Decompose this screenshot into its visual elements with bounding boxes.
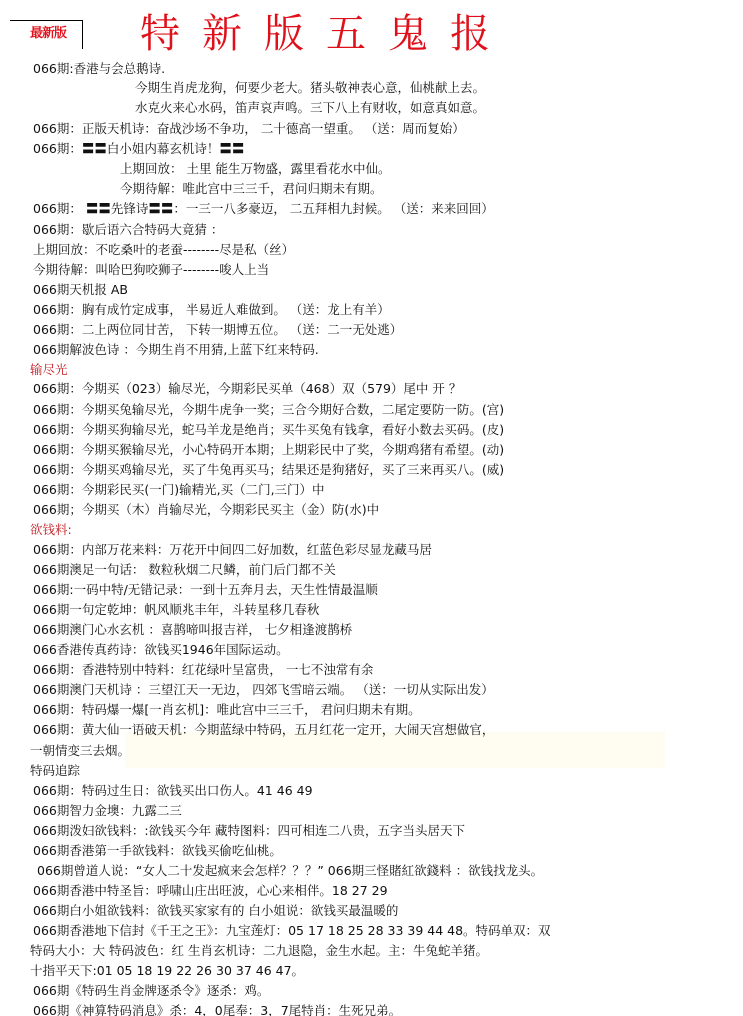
text-line: 上期回放：不吃桑叶的老蚕--------尽是私（丝） (33, 241, 294, 259)
text-line: 066期澳门心水玄机 ：喜鹊啼叫报吉祥， 七夕相逢渡鹊桥 (33, 621, 352, 639)
text-line: 066期:一码中特/无错记录：一到十五奔月去，天生性情最温顺 (33, 581, 378, 599)
text-line: 066期：今期买（023）输尽光，今期彩民买单（468）双（579）尾中 开 ？ (33, 380, 461, 398)
text-line: 066香港传真药诗：欲钱买1946年国际运动。 (33, 641, 289, 659)
text-line: 一朝情变三去烟。 (30, 742, 130, 760)
section-heading: 欲钱料: (30, 521, 72, 539)
text-line: 066期：今期买鸡输尽光，买了牛兔再买马；结果还是狗猪好，买了三来再买八。(威) (33, 461, 504, 479)
section-heading: 输尽光 (30, 361, 68, 379)
text-line: 066期： 〓〓先锋诗〓〓：一三一八多豪迈， 二五拜相九封候。 （送：来来回回） (33, 200, 494, 218)
text-line: 066期香港第一手欲钱料：欲钱买偷吃仙桃。 (33, 842, 282, 860)
text-line: 066期：黄大仙一语破天机：今期蓝绿中特码，五月红花一定开，大闹天宫想做官， (33, 721, 494, 739)
text-line: 066期香港地下信封《千王之王》：九宝莲灯：05 17 18 25 28 33 … (33, 922, 551, 940)
text-line: 今期待解：叫哈巴狗咬狮子--------唆人上当 (33, 261, 269, 279)
text-line: 水克火来心水码，笛声哀声鸣。三下八上有财收，如意真如意。 (135, 99, 485, 117)
text-line: 066期曾道人说：“女人二十发起疯来会怎样？？？” 066期三怪賭紅欲錢料 ：欲… (37, 862, 543, 880)
text-line: 今期生肖虎龙狗，何要少老大。猪头敬神表心意，仙桃献上去。 (135, 79, 485, 97)
text-line: 066期：今期买狗输尽光，蛇马羊龙是绝肖；买牛买兔有钱拿，看好小数去买码。(皮) (33, 421, 504, 439)
text-line: 066期：今期买猴输尽光，小心特码开本期；上期彩民中了奖，今期鸡猪有希望。(动) (33, 441, 504, 459)
text-line: 066期澳足一句话： 数粒秋烟二尺鳞，前门后门都不关 (33, 561, 336, 579)
text-line: 066期：香港特别中特料：红花绿叶呈富贵， 一七不浊常有余 (33, 661, 373, 679)
text-line: 066期：今期买兔输尽光，今期牛虎争一奖；三合今期好合数，二尾定要防一防。(宫) (33, 401, 504, 419)
text-line: 066期；今期买（木）肖输尽光，今期彩民买主（金）防(水)中 (33, 501, 379, 519)
text-line: 特码大小：大 特码波色：红 生肖玄机诗：二九退隐，金生水起。主：牛兔蛇羊猪。 (30, 942, 488, 960)
text-line: 066期香港中特圣旨：呼啸山庄出旺波，心心来相伴。18 27 29 (33, 882, 388, 900)
text-line: 066期：特码过生日：欲钱买出口伤人。41 46 49 (33, 782, 313, 800)
text-line: 066期：今期彩民买(一门)输精光,买（二门,三门）中 (33, 481, 325, 499)
text-line: 066期:香港与会总鹅诗. (33, 60, 165, 78)
text-line: 066期：胸有成竹定成事， 半易近人难做到。 （送：龙上有羊） (33, 301, 390, 319)
text-line: 066期：特码爆一爆[一肖玄机]：唯此宫中三三千， 君问归期未有期。 (33, 701, 421, 719)
text-line: 066期《特码生肖金牌逐杀令》逐杀：鸡。 (33, 982, 269, 1000)
text-line: 特码追踪 (30, 762, 80, 780)
text-line: 066期一句定乾坤：帆风顺兆丰年，斗转星移几春秋 (33, 601, 319, 619)
text-line: 066期：正版天机诗：奋战沙场不争功， 二十德高一望重。 （送：周而复始） (33, 120, 465, 138)
text-line: 十指平天下:01 05 18 19 22 26 30 37 46 47。 (30, 962, 304, 980)
text-line: 066期：歇后语六合特码大竟猜 ： (33, 221, 223, 239)
text-line: 066期：内部万花来料：万花开中间四二好加数，红蓝色彩尽显龙藏马居 (33, 541, 432, 559)
text-line: 066期：二上两位同甘苦， 下转一期博五位。 （送：二一无处逃） (33, 321, 402, 339)
text-line: 066期白小姐欲钱料：欲钱买家家有的 白小姐说：欲钱买最温暖的 (33, 902, 398, 920)
text-line: 066期泼妇欲钱料：:欲钱买今年 藏特图料：四可相连二八贵，五字当头居天下 (33, 822, 465, 840)
text-line: 066期澳门天机诗 ：三望江天一无边， 四郊飞雪暗云端。 （送：一切从实际出发） (33, 681, 494, 699)
newest-edition-badge: 最新版 (30, 22, 66, 41)
page-title: 特新版五鬼报 (140, 2, 512, 59)
text-line: 066期：〓〓白小姐内幕玄机诗！〓〓 (33, 140, 244, 158)
text-line: 066期《神算特码消息》杀：4，0尾奉：3，7尾特肖：生死兄弟。 (33, 1002, 401, 1016)
text-line: 066期解波色诗 ：今期生肖不用猜,上蓝下红来特码. (33, 341, 319, 359)
text-line: 今期待解：唯此宫中三三千，君问归期未有期。 (120, 180, 383, 198)
text-line: 上期回放： 土里 能生万物盛，露里看花水中仙。 (120, 160, 390, 178)
text-line: 066期天机报 AB (33, 281, 128, 299)
text-line: 066期智力金墺：九露二三 (33, 802, 182, 820)
